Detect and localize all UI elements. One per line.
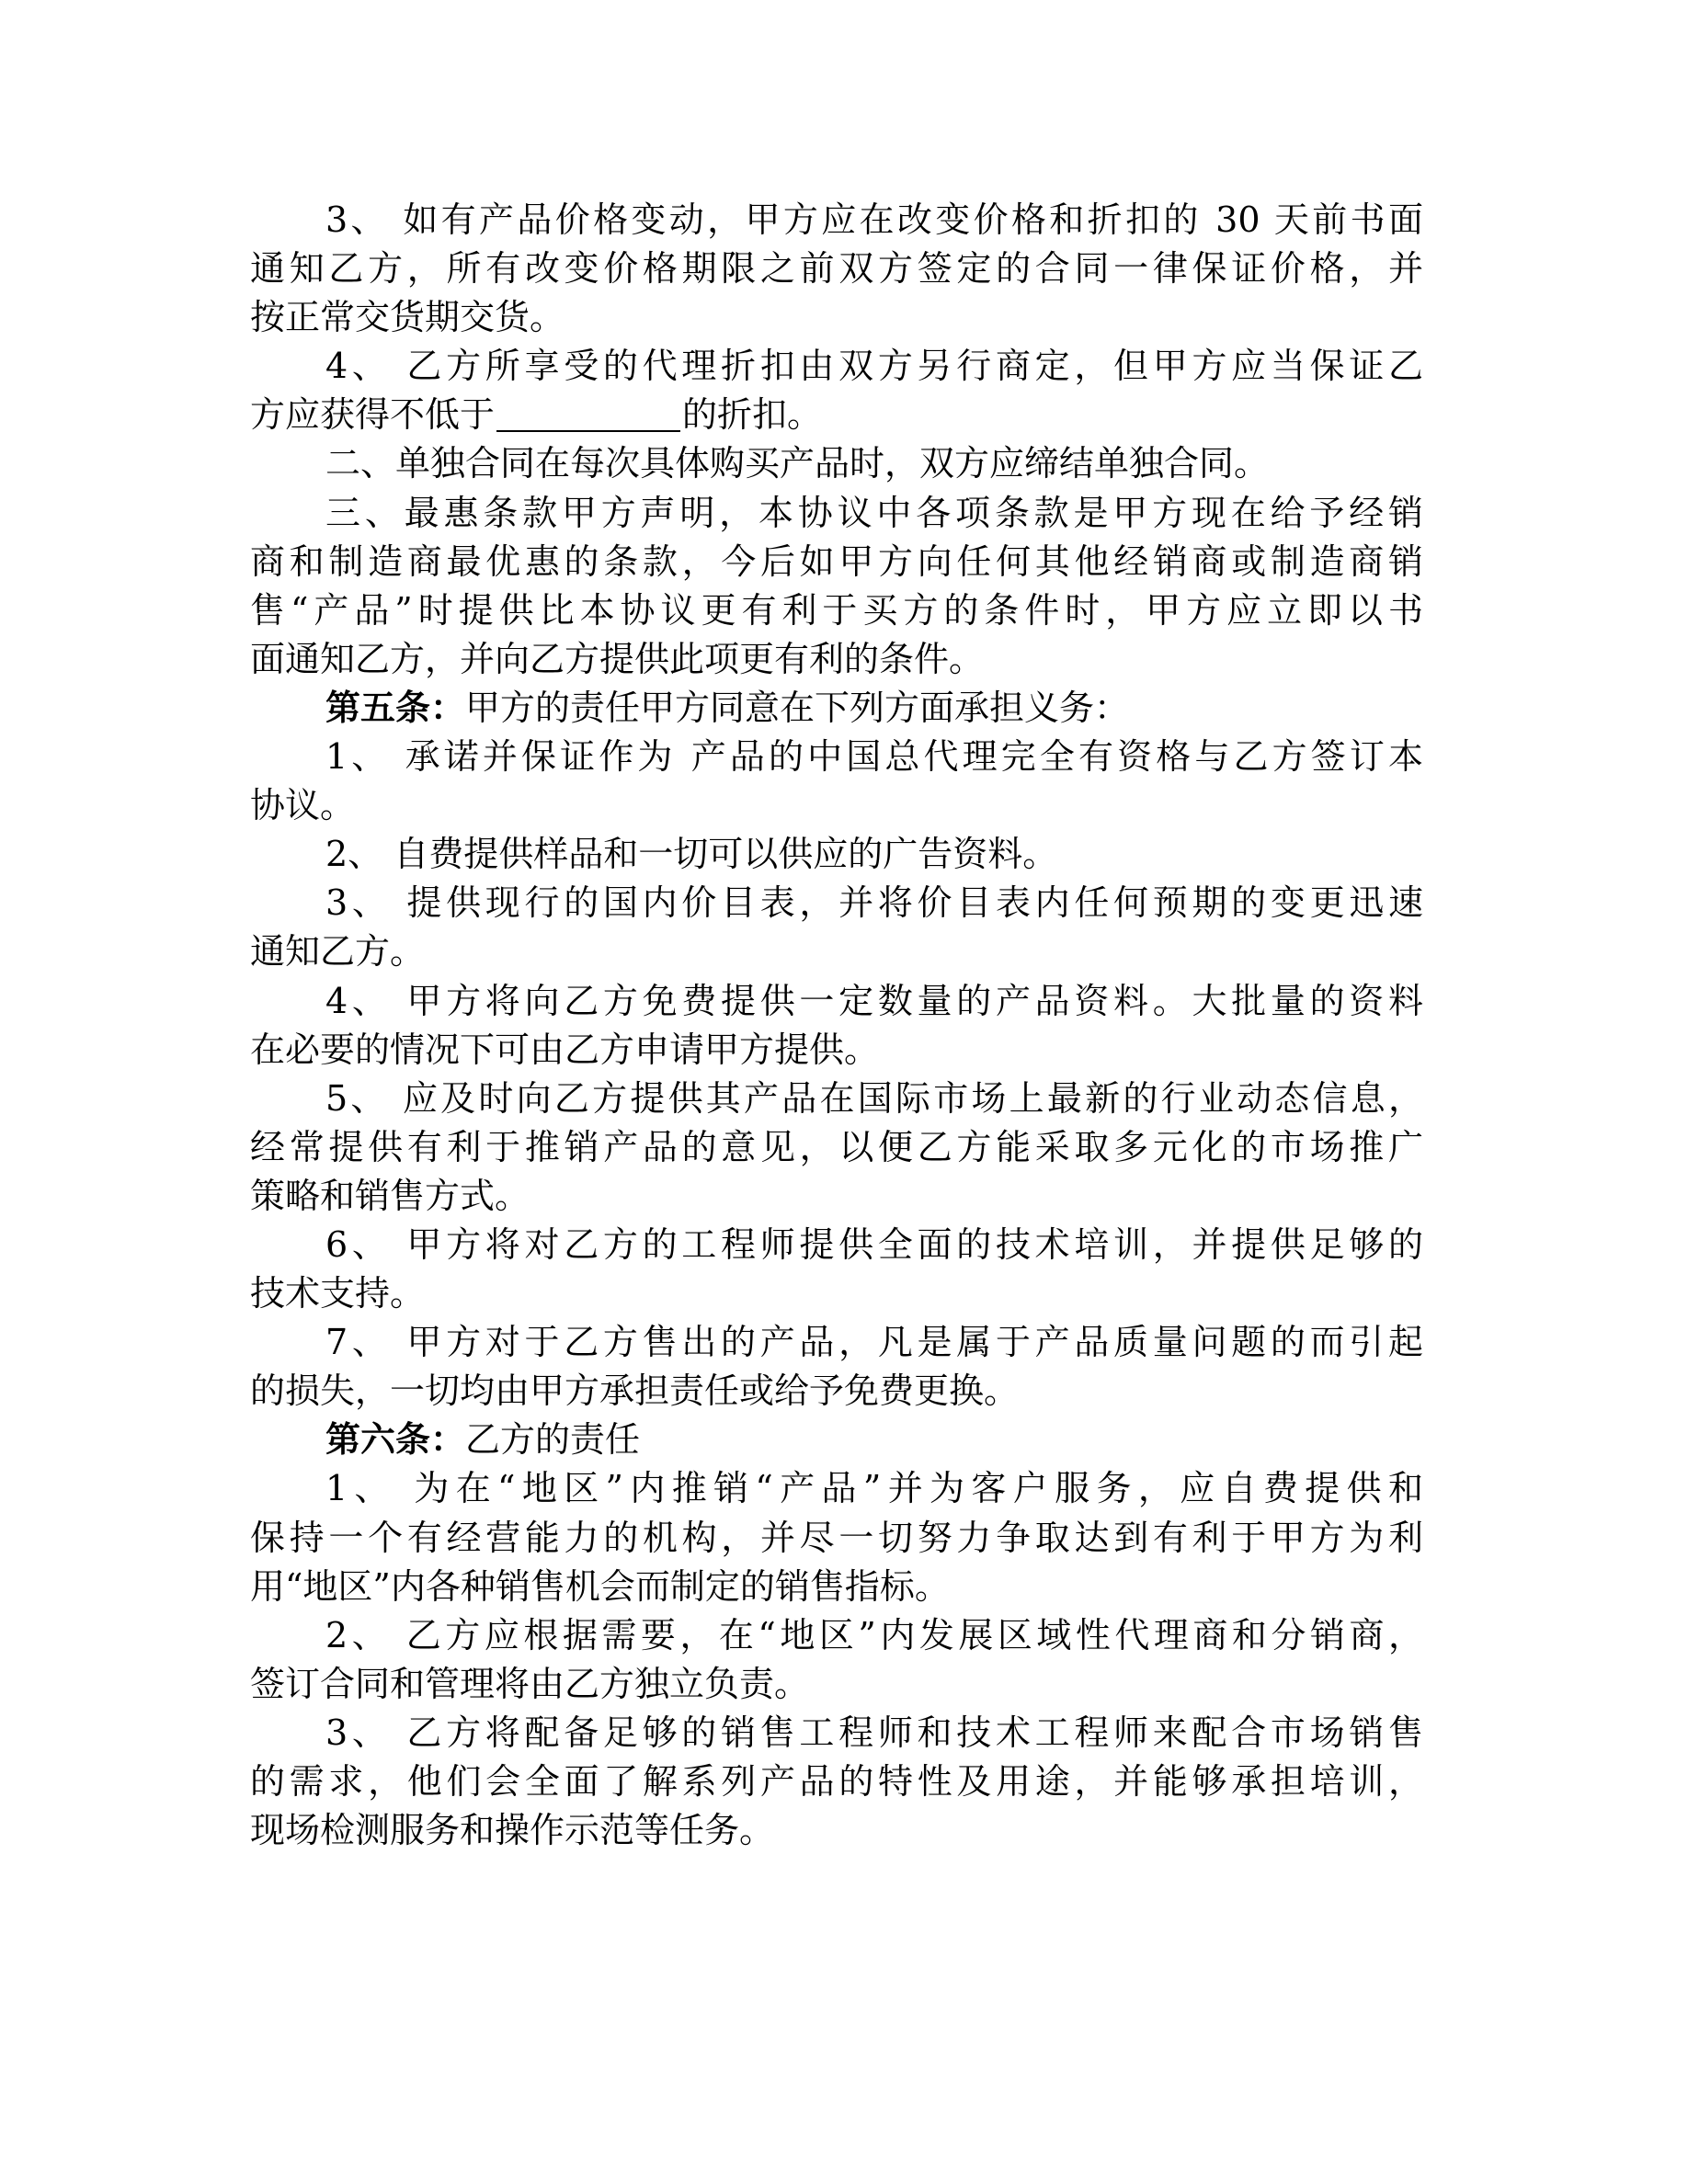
article-number: 第六条： <box>325 1419 465 1460</box>
text-line: 方应获得不低于的折扣。 <box>250 391 1423 439</box>
text-line: 签订合同和管理将由乙方独立负责。 <box>250 1660 1423 1709</box>
heading-line: 第五条：甲方的责任甲方同意在下列方面承担义务： <box>250 684 1423 733</box>
text-line: 通知乙方。 <box>250 927 1423 976</box>
article-title: 乙方的责任 <box>465 1419 640 1460</box>
text-line: 3、 提供现行的国内价目表，并将价目表内任何预期的变更迅速 <box>250 879 1423 927</box>
text-line: 6、 甲方将对乙方的工程师提供全面的技术培训，并提供足够的 <box>250 1221 1423 1269</box>
paragraph-agent-discount: 4、 乙方所享受的代理折扣由双方另行商定，但甲方应当保证乙 方应获得不低于的折扣… <box>250 342 1436 439</box>
text-line: 4、 乙方所享受的代理折扣由双方另行商定，但甲方应当保证乙 <box>250 342 1423 391</box>
text-line: 协议。 <box>250 781 1423 830</box>
text-fragment: 的折扣。 <box>682 394 822 435</box>
text-line: 售“产品”时提供比本协议更有利于买方的条件时，甲方应立即以书 <box>250 586 1423 635</box>
text-line: 商和制造商最优惠的条款，今后如甲方向任何其他经销商或制造商销 <box>250 538 1423 586</box>
text-line: 1、 为在“地区”内推销“产品”并为客户服务，应自费提供和 <box>250 1464 1423 1513</box>
text-line: 按正常交货期交货。 <box>250 293 1423 342</box>
text-line: 的损失，一切均由甲方承担责任或给予免费更换。 <box>250 1367 1423 1416</box>
paragraph-price-change: 3、 如有产品价格变动，甲方应在改变价格和折扣的 30 天前书面 通知乙方，所有… <box>250 196 1436 342</box>
text-line: 策略和销售方式。 <box>250 1172 1423 1221</box>
text-line: 通知乙方，所有改变价格期限之前双方签定的合同一律保证价格，并 <box>250 245 1423 293</box>
text-line: 现场检测服务和操作示范等任务。 <box>250 1806 1423 1855</box>
text-line: 保持一个有经营能力的机构，并尽一切努力争取达到有利于甲方为利 <box>250 1514 1423 1563</box>
article-5-item-1: 1、 承诺并保证作为 产品的中国总代理完全有资格与乙方签订本 协议。 <box>250 733 1436 830</box>
article-5-item-4: 4、 甲方将向乙方免费提供一定数量的产品资料。大批量的资料 在必要的情况下可由乙… <box>250 977 1436 1075</box>
text-line: 面通知乙方，并向乙方提供此项更有利的条件。 <box>250 635 1423 684</box>
document-page: 3、 如有产品价格变动，甲方应在改变价格和折扣的 30 天前书面 通知乙方，所有… <box>250 196 1436 1855</box>
text-line: 经常提供有利于推销产品的意见，以便乙方能采取多元化的市场推广 <box>250 1123 1423 1172</box>
article-5-item-2: 2、 自费提供样品和一切可以供应的广告资料。 <box>250 830 1436 879</box>
fill-in-blank <box>496 395 680 432</box>
text-line: 1、 承诺并保证作为 产品的中国总代理完全有资格与乙方签订本 <box>250 733 1423 781</box>
article-6-item-2: 2、 乙方应根据需要，在“地区”内发展区域性代理商和分销商， 签订合同和管理将由… <box>250 1611 1436 1709</box>
text-line: 用“地区”内各种销售机会而制定的销售指标。 <box>250 1563 1423 1611</box>
paragraph-most-favored: 三、最惠条款甲方声明，本协议中各项条款是甲方现在给予经销 商和制造商最优惠的条款… <box>250 489 1436 684</box>
text-line: 7、 甲方对于乙方售出的产品，凡是属于产品质量问题的而引起 <box>250 1318 1423 1367</box>
text-line: 5、 应及时向乙方提供其产品在国际市场上最新的行业动态信息， <box>250 1075 1423 1123</box>
article-5-item-3: 3、 提供现行的国内价目表，并将价目表内任何预期的变更迅速 通知乙方。 <box>250 879 1436 976</box>
article-5-item-5: 5、 应及时向乙方提供其产品在国际市场上最新的行业动态信息， 经常提供有利于推销… <box>250 1075 1436 1221</box>
text-line: 4、 甲方将向乙方免费提供一定数量的产品资料。大批量的资料 <box>250 977 1423 1026</box>
text-line: 二、单独合同在每次具体购买产品时，双方应缔结单独合同。 <box>250 439 1423 488</box>
text-line: 三、最惠条款甲方声明，本协议中各项条款是甲方现在给予经销 <box>250 489 1423 538</box>
article-title: 甲方的责任甲方同意在下列方面承担义务： <box>465 688 1129 728</box>
article-number: 第五条： <box>325 688 465 728</box>
text-line: 技术支持。 <box>250 1269 1423 1318</box>
text-fragment: 方应获得不低于 <box>250 394 495 435</box>
article-5-heading: 第五条：甲方的责任甲方同意在下列方面承担义务： <box>250 684 1436 733</box>
text-line: 的需求，他们会全面了解系列产品的特性及用途，并能够承担培训， <box>250 1757 1423 1806</box>
article-5-item-7: 7、 甲方对于乙方售出的产品，凡是属于产品质量问题的而引起 的损失，一切均由甲方… <box>250 1318 1436 1416</box>
text-line: 2、 乙方应根据需要，在“地区”内发展区域性代理商和分销商， <box>250 1611 1423 1660</box>
text-line: 3、 乙方将配备足够的销售工程师和技术工程师来配合市场销售 <box>250 1709 1423 1757</box>
article-6-item-1: 1、 为在“地区”内推销“产品”并为客户服务，应自费提供和 保持一个有经营能力的… <box>250 1464 1436 1610</box>
article-6-heading: 第六条：乙方的责任 <box>250 1416 1436 1464</box>
article-5-item-6: 6、 甲方将对乙方的工程师提供全面的技术培训，并提供足够的 技术支持。 <box>250 1221 1436 1318</box>
heading-line: 第六条：乙方的责任 <box>250 1416 1423 1464</box>
text-line: 2、 自费提供样品和一切可以供应的广告资料。 <box>250 830 1423 879</box>
text-line: 在必要的情况下可由乙方申请甲方提供。 <box>250 1026 1423 1075</box>
paragraph-separate-contract: 二、单独合同在每次具体购买产品时，双方应缔结单独合同。 <box>250 439 1436 488</box>
article-6-item-3: 3、 乙方将配备足够的销售工程师和技术工程师来配合市场销售 的需求，他们会全面了… <box>250 1709 1436 1855</box>
text-line: 3、 如有产品价格变动，甲方应在改变价格和折扣的 30 天前书面 <box>250 196 1423 245</box>
